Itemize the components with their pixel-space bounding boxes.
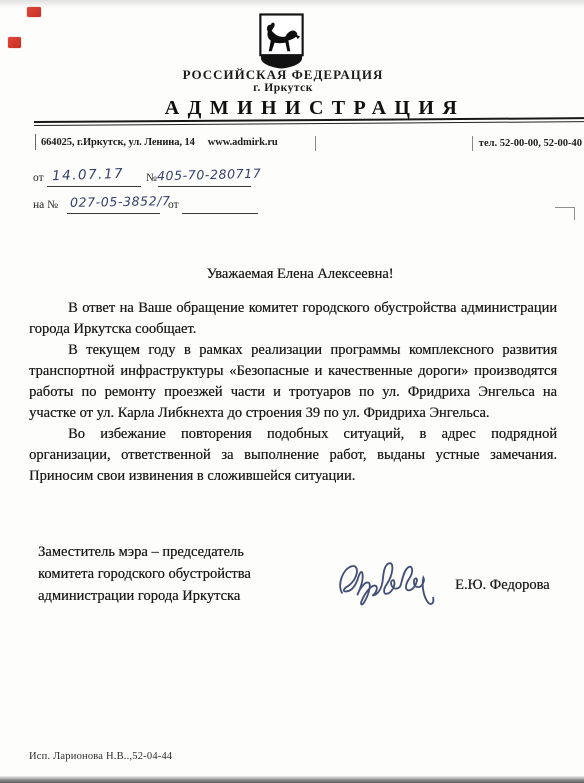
outgoing-date-value: 14.07.17 bbox=[52, 166, 125, 185]
signer-title-line-1: Заместитель мэра – председатель bbox=[38, 541, 558, 563]
contact-address-line: 664025, г.Иркутск, ул. Ленина, 14 www.ad… bbox=[35, 134, 278, 150]
paragraph-3: Во избежание повторения подобных ситуаци… bbox=[29, 424, 557, 487]
signer-name: Е.Ю. Федорова bbox=[455, 577, 550, 594]
website-url: www.admirk.ru bbox=[208, 137, 278, 148]
executor-note: Исп. Ларионова Н.В..,52-04-44 bbox=[29, 751, 172, 762]
salutation: Уважаемая Елена Алексеевна! bbox=[43, 264, 557, 285]
paragraph-1: В ответ на Ваше обращение комитет городс… bbox=[29, 298, 557, 340]
paragraph-2: В текущем году в рамках реализации прогр… bbox=[29, 340, 557, 424]
contact-phone-line: тел. 52-00-00, 52-00-40 bbox=[472, 136, 582, 151]
red-stamp-mark-2 bbox=[8, 37, 21, 48]
irkutsk-coat-of-arms-icon bbox=[259, 13, 304, 69]
contact-divider-line bbox=[315, 136, 316, 151]
outgoing-number-value: 405-70-280717 bbox=[157, 166, 262, 184]
reply-date-label: от bbox=[168, 199, 179, 211]
postal-address: 664025, г.Иркутск, ул. Ленина, 14 bbox=[41, 137, 195, 148]
reply-date-line bbox=[182, 199, 258, 214]
addressee-corner-mark bbox=[555, 207, 575, 220]
red-stamp-mark-1 bbox=[27, 7, 41, 17]
reply-number-label: на № bbox=[33, 199, 58, 211]
outgoing-number-label: № bbox=[146, 172, 157, 184]
administration-title: АДМИНИСТРАЦИЯ bbox=[23, 97, 584, 120]
outgoing-date-label: от bbox=[33, 172, 44, 184]
phone-numbers: тел. 52-00-00, 52-00-40 bbox=[479, 138, 582, 149]
scanned-letter-page: РОССИЙСКАЯ ФЕДЕРАЦИЯ г. Иркутск АДМИНИСТ… bbox=[0, 0, 584, 783]
letter-body: Уважаемая Елена Алексеевна! В ответ на В… bbox=[29, 264, 557, 487]
city-title: г. Иркутск bbox=[0, 82, 566, 94]
reply-number-value: 027-05-3852/7 bbox=[70, 193, 171, 210]
scan-top-edge-artifact bbox=[0, 0, 584, 8]
country-title: РОССИЙСКАЯ ФЕДЕРАЦИЯ bbox=[0, 67, 566, 83]
handwritten-signature bbox=[331, 550, 442, 620]
signature-block: Заместитель мэра – председатель комитета… bbox=[38, 541, 558, 607]
scan-bottom-edge-artifact bbox=[0, 776, 584, 783]
